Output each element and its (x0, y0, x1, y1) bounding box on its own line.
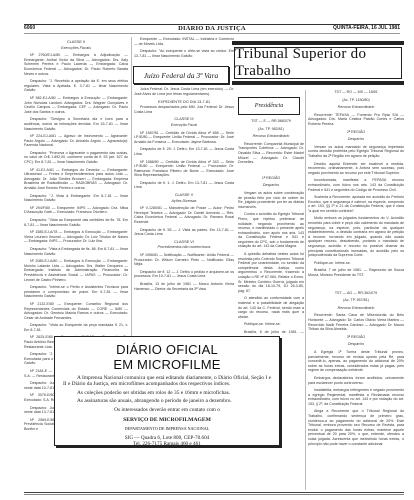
paragraph: Insatisfeita, embargos infringentes é ne… (308, 388, 404, 406)
tst-title: Tribunal Superior do Trabalho (235, 46, 401, 80)
section-heading: CLASSE III (134, 117, 234, 122)
paragraph: Despacho: "J. Vista à Embargante. Em 8-7… (24, 194, 128, 203)
footer-rule (24, 492, 404, 493)
signature: Brasília, 13 de julho de 1981 — Marco An… (134, 282, 234, 291)
paragraph: Juíza Federal: Dr. Jesus Costa Lima (em … (134, 87, 234, 96)
paragraph: Despacho de fl. 12 — J. Defiro o pedido … (134, 270, 234, 279)
tst-banner: Tribunal Superior do Trabalho (232, 41, 404, 85)
paragraph: Publique-se. Intime-se. (238, 322, 304, 327)
paragraph: Nº 1588/80 — Certidão de Dívida Ativa nº… (134, 160, 234, 178)
paragraph: Despacho de fl. 1: J. Defiro. Em 13-7-81… (134, 181, 234, 190)
section-subheading: Execução Fiscal (134, 123, 234, 128)
section-subheading: Procedimentos não contenciosos (134, 245, 234, 250)
paragraph: Despacho: "Promova o Agravante o pagamen… (24, 151, 128, 165)
recurso-type: Recurso Extraordinário (238, 134, 304, 139)
column-divider (131, 37, 132, 337)
process-number: TST — RO — MS — 18/81 (308, 90, 404, 95)
ad-service-name: SERVIÇO DE MICROFILMAGEM (63, 417, 271, 423)
parties: Recorrente: Companhia Municipal de Trans… (238, 142, 304, 165)
right-column: TST — RO — MS — 18/81 (Ac. TP. 1150/80) … (308, 90, 404, 490)
recurso-type: Recurso Extraordinário (308, 306, 404, 311)
paragraph: Nº 2760/EJ-A/80 — Embargos à Adjudicação… (24, 53, 128, 76)
paragraph: Decidiu aquela Entender ser incabível a … (308, 162, 404, 176)
acordao-number: (Ac. TP. 982/81) (238, 127, 304, 132)
signature: Brasília, 8 de julho de 1981. — Raymundo… (238, 330, 304, 334)
ad-body: A Imprensa Nacional comunica que está ed… (63, 375, 271, 413)
parties: Recorrente: TEFASA — Fomento Pra Rpta S/… (308, 113, 404, 127)
spacer (238, 168, 304, 176)
section-subheading: Execuções Fiscais (24, 46, 128, 51)
paragraph: Vergam os autos sobre condenação de pens… (238, 191, 304, 209)
paragraph: Nº V-1280/81 — Manutenção de Posse — Aut… (134, 206, 234, 224)
section-heading: CLASSE V (134, 193, 234, 198)
process-number: TST — E — RR-5683/79 (238, 119, 304, 124)
paragraph: Despacho: "Vista ao Exequente da peça ma… (24, 323, 128, 332)
acordao-number: (Ac. TP. 1150/80) (308, 98, 404, 103)
page-header: 6060 DIÁRIO DA JUSTIÇA QUINTA-FEIRA, 16 … (24, 20, 400, 34)
regiao-heading: 1ª REGIÃO (238, 176, 304, 181)
paragraph: Nº 2132-E/80 — Exequente: Conselho Regio… (24, 302, 128, 320)
paragraph: Nº 1956/81 — Notificação — Notificante: … (134, 253, 234, 267)
paragraph: Versam os autos mandado de segurança imp… (308, 145, 404, 159)
paragraph: Despacho de fl. 29: J. Defiro. Em 13-7-8… (134, 147, 234, 156)
paragraph: A questão debatida nestes autos foi reso… (238, 252, 304, 293)
paragraph: Alega a Recorrente que o Tribunal Region… (308, 409, 404, 446)
section-subheading: Ações Diversas (134, 199, 234, 204)
paragraph: Inconformada, manifesta a FEPASA recurso… (308, 178, 404, 192)
paragraph: Nº 41-EJ-A/81 — Embargos do Devedor — Em… (24, 168, 128, 191)
paragraph: Sustenta a Recorrente, apoiada em acórdã… (308, 195, 404, 213)
paragraph: Nº 582-EJ-A/80 — Embargos à Execução — E… (24, 96, 128, 114)
regiao-heading: 3ª REGIÃO (308, 335, 404, 340)
paragraph: Processos despachados pelo MM. Juiz Fede… (134, 105, 234, 114)
paragraph: Nº 224-EJ-A/81 — Agravo de Instrumento —… (24, 134, 128, 148)
column-divider (305, 90, 306, 490)
issue-date: QUINTA-FEIRA, 16 JUL 1981 (333, 25, 400, 31)
despacho-heading: Despacho (238, 183, 304, 188)
ad-paragraph: Os interessados deverão entrar em contat… (63, 407, 271, 413)
ad-paragraph: As coleções poderão ser obtidas em rolos… (63, 390, 271, 396)
paragraph: Despacho: "Vista ao Exequente das certid… (24, 218, 128, 227)
paragraph: Publique-se. Intime-se. (308, 261, 404, 266)
section-heading: CLASSE II (24, 40, 128, 45)
paragraph: Embargos declaratórios foram acolhidos, … (308, 376, 404, 385)
despacho-heading: Despacho (308, 137, 404, 142)
microfilm-advertisement: DIÁRIO OFICIAL EM MICROFILME A Imprensa … (54, 336, 280, 446)
banner-rule-top (232, 41, 404, 45)
spacer (308, 281, 404, 291)
presidencia-title: Presidência (238, 97, 300, 115)
expediente-heading: EXPEDIENTE DO DIA 13-7-81 (134, 100, 234, 105)
section-heading: CLASSE VI (134, 240, 234, 245)
paragraph: Contra o acórdão do Egrégio Tribunal Ple… (238, 212, 304, 249)
paragraph: Despacho: "Vista à Embargada de fls. 86.… (24, 247, 128, 256)
banner-box: Tribunal Superior do Trabalho (234, 47, 402, 79)
paragraph: Despacho: "J. Recebido a apelação da E. … (24, 79, 128, 93)
recurso-type: Recurso Extraordinário (308, 105, 404, 110)
parties: Recorrente: Santa Casa de Misericórdia d… (308, 313, 404, 331)
paragraph: Exequente — Executado: INSTAL — Indústri… (134, 37, 234, 46)
juizo-federal-title: Juízo Federal da 3ª Vara (133, 66, 229, 84)
ad-department: DEPARTAMENTO DE IMPRENSA NACIONAL (63, 426, 271, 431)
ad-title-line-1: DIÁRIO OFICIAL (63, 343, 271, 357)
ad-paragraph: A Imprensa Nacional comunica que está ed… (63, 375, 271, 388)
paragraph: Nº 294/F/80 — Exequente: INPS — Advogado… (24, 206, 128, 215)
presidencia-column: TST — E — RR-5683/79 (Ac. TP. 982/81) Re… (238, 119, 304, 334)
process-number: TST — AG — RR-3624/79 (308, 291, 404, 296)
paragraph: Nº 2085-EJ-A/80 — Embargos à Execução — … (24, 259, 128, 282)
paragraph: Nº 1585-EJ-A/78 — Embargos à Execução — … (24, 230, 128, 244)
ad-title-line-2: EM MICROFILME (63, 357, 271, 372)
header-rule-bottom (24, 33, 400, 34)
paragraph: Nº 1587/81 — Certidão de Dívida Ativa nº… (134, 131, 234, 145)
despacho-heading: Despacho (308, 342, 404, 347)
paragraph: Despacho: "Designo a Secretaria dia e ho… (24, 117, 128, 131)
footer-rule-secondary (24, 494, 404, 495)
paragraph: Muito embora os julgados fundamentos do … (308, 216, 404, 257)
acordao-number: (Ac. TP. 557/81) (308, 298, 404, 303)
paragraph: Despacho: "Intime-se o Perito e Assisten… (24, 285, 128, 299)
paragraph: Despacho de fl. 55 — J. Vista às partes.… (134, 228, 234, 237)
paragraph: A Egrégia 1ª Turma deste Tribunal proveu… (308, 350, 404, 373)
ad-address-line-2: Tel. 226-7175 Ramais 460 e 461 (63, 441, 271, 447)
ad-paragraph: As assinaturas são anuais, abrangendo o … (63, 398, 271, 404)
paragraph: O atendido ao conformidade com a materia… (238, 296, 304, 319)
signature: Brasília, 7 de julho de 1981. — Raymundo… (308, 268, 404, 277)
paragraph: Despacho: "Ao exequente o d'ele-se vista… (134, 49, 234, 58)
regiao-heading: 2ª REGIÃO (308, 130, 404, 135)
banner-rule-bottom (232, 81, 404, 85)
